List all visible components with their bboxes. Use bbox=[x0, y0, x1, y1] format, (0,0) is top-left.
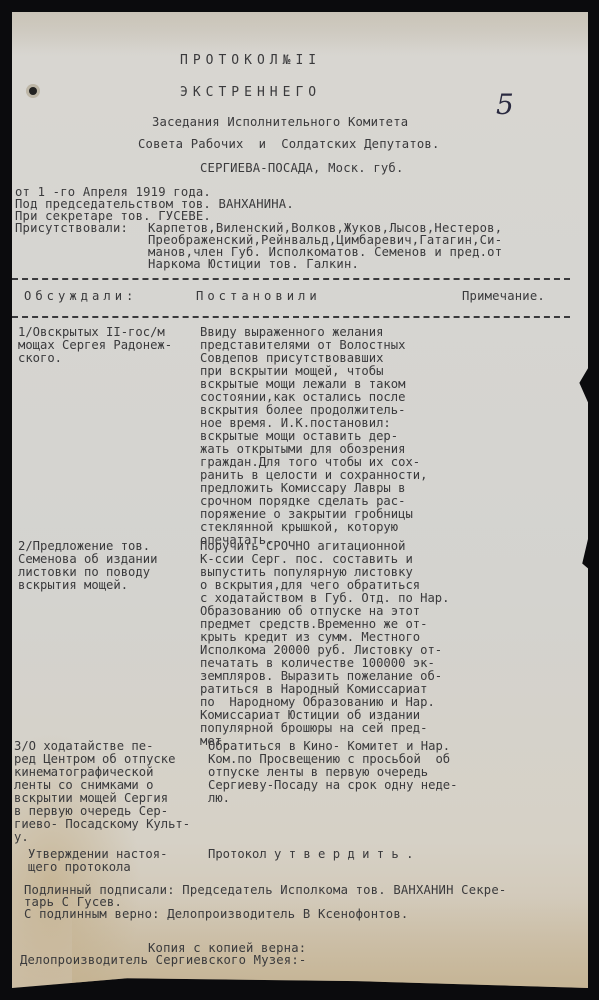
column-header-discussed: Обсуждали: bbox=[24, 290, 137, 303]
attendees-label: Присутствовали: bbox=[15, 222, 128, 235]
item-3-resolved: Обратиться в Кино- Комитет и Нар.Ком.по … bbox=[208, 740, 457, 805]
item-3-discussed: 3/О ходатайстве пе-ред Центром об отпуск… bbox=[14, 740, 190, 844]
heading-line-1: Заседания Исполнительного Комитета bbox=[152, 116, 408, 129]
handwritten-page-number: 5 bbox=[496, 88, 514, 121]
item-2-discussed: 2/Предложение тов.Семенова об изданиилис… bbox=[18, 540, 157, 592]
item-1-discussed: 1/Овскрытых II-гос/ммощах Сергея Радонеж… bbox=[18, 326, 172, 365]
heading-line-2: Совета Рабочих и Солдатских Депутатов. bbox=[138, 138, 440, 151]
punch-hole bbox=[29, 87, 37, 95]
item-2-resolved: Поручить СРОЧНО агитационнойК-ссии Серг.… bbox=[200, 540, 449, 748]
item-1-resolved: Ввиду выраженного желанияпредставителями… bbox=[200, 326, 427, 547]
item-4-discussed: Утверждении настоя-щего протокола bbox=[28, 848, 167, 874]
copy-signature-line: Делопроизводитель Сергиевского Музея:- bbox=[20, 954, 306, 967]
certification-line: С подлинным верно: Делопроизводитель В К… bbox=[24, 908, 408, 921]
divider-header bbox=[12, 316, 570, 318]
document-subtitle: ЭКСТРЕННЕГО bbox=[180, 86, 321, 99]
column-header-resolved: Постановили bbox=[196, 290, 321, 303]
column-header-notes: Примечание. bbox=[462, 290, 545, 303]
document-title: ПРОТОКОЛ№II bbox=[180, 54, 321, 67]
heading-line-3: СЕРГИЕВА-ПОСАДА, Моск. губ. bbox=[200, 162, 404, 175]
attendees-line: Наркома Юстиции тов. Галкин. bbox=[148, 258, 359, 271]
item-4-resolved: Протокол у т в е р д и т ь . bbox=[208, 848, 413, 861]
divider-top bbox=[12, 278, 570, 280]
